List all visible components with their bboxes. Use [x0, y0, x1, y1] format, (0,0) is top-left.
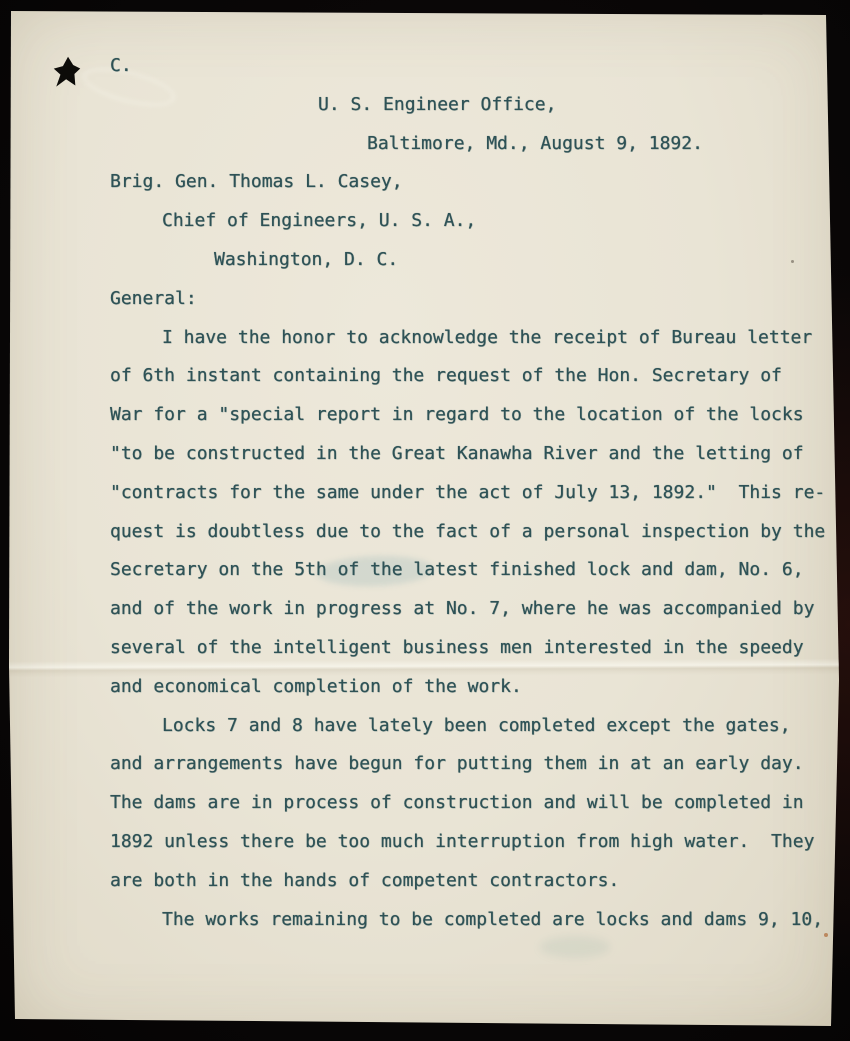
letter-line: "contracts for the same under the act of… — [110, 474, 830, 513]
letter-page: C.U. S. Engineer Office,Baltimore, Md., … — [0, 0, 850, 1041]
letter-line: and of the work in progress at No. 7, wh… — [110, 590, 830, 629]
letter-line: The dams are in process of construction … — [110, 784, 830, 823]
letter-line: U. S. Engineer Office, — [318, 86, 830, 125]
letter-line: The works remaining to be completed are … — [162, 901, 830, 940]
letter-line: Baltimore, Md., August 9, 1892. — [367, 125, 830, 164]
letter-line: of 6th instant containing the request of… — [110, 357, 830, 396]
letter-line: Brig. Gen. Thomas L. Casey, — [110, 163, 830, 202]
letter-line: I have the honor to acknowledge the rece… — [162, 319, 830, 358]
letter-line: Washington, D. C. — [214, 241, 830, 280]
letter-line: "to be constructed in the Great Kanawha … — [110, 435, 830, 474]
letter-line: several of the intelligent business men … — [110, 629, 830, 668]
letter-line: War for a "special report in regard to t… — [110, 396, 830, 435]
letter-line: and arrangements have begun for putting … — [110, 745, 830, 784]
letter-body: C.U. S. Engineer Office,Baltimore, Md., … — [110, 47, 830, 939]
letter-line: Chief of Engineers, U. S. A., — [162, 202, 830, 241]
letter-line: quest is doubtless due to the fact of a … — [110, 513, 830, 552]
letter-line: are both in the hands of competent contr… — [110, 862, 830, 901]
letter-line: 1892 unless there be too much interrupti… — [110, 823, 830, 862]
photo-background: C.U. S. Engineer Office,Baltimore, Md., … — [0, 0, 850, 1041]
letter-line: Locks 7 and 8 have lately been completed… — [162, 707, 830, 746]
letter-line: C. — [110, 47, 830, 86]
letter-line: and economical completion of the work. — [110, 668, 830, 707]
letter-line: General: — [110, 280, 830, 319]
ink-blot-icon — [52, 55, 82, 91]
letter-line: Secretary on the 5th of the latest finis… — [110, 551, 830, 590]
